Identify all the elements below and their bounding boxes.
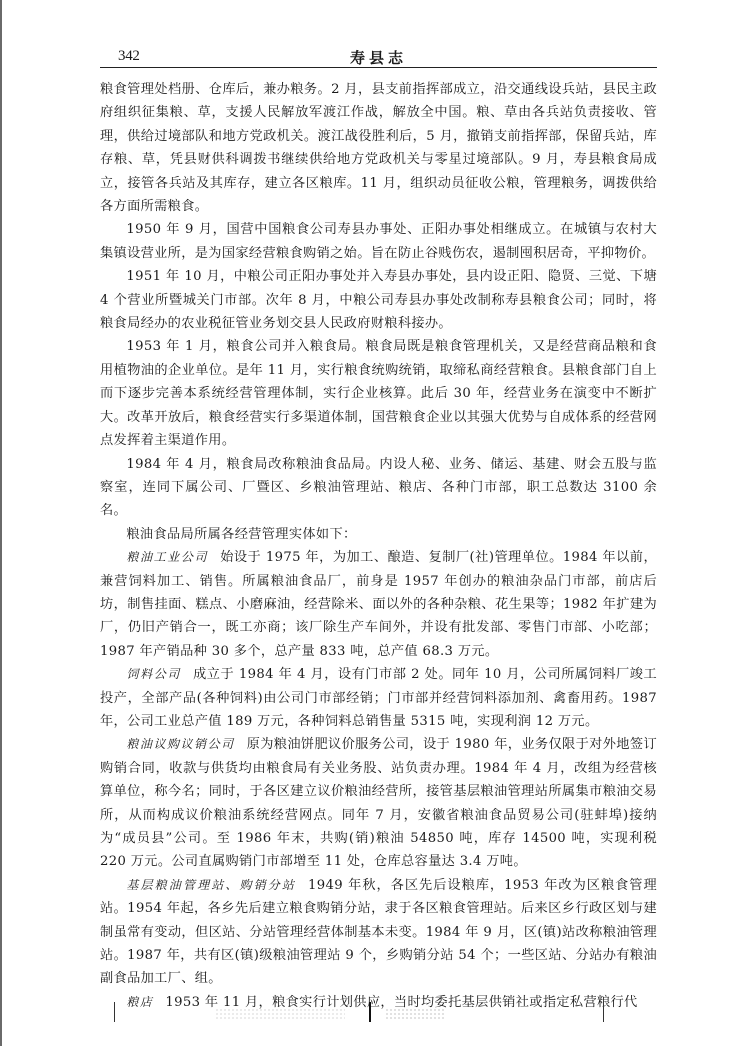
paragraph-text: 粮油食品局所属各经营管理实体如下： [126,527,356,542]
paragraph-text: 1949 年秋，各区先后设粮库，1953 年改为区粮食管理站。1954 年起，各… [100,878,657,987]
paragraph-text: 粮食管理处档册、仓库后，兼办粮务。2 月，县支前指挥部成立，沿交通线设兵站，县民… [100,82,657,214]
paragraph-text: 1953 年 1 月，粮食公司并入粮食局。粮食局既是粮食管理机关，又是经营商品粮… [100,339,657,448]
scan-speckle [215,1008,345,1020]
section-heading: 饲料公司 [126,667,181,681]
header-rule [100,67,657,68]
scan-edge [0,0,2,1046]
body-text: 粮食管理处档册、仓库后，兼办粮务。2 月，县支前指挥部成立，沿交通线设兵站，县民… [100,78,657,1014]
paragraph-feed-company: 饲料公司成立于 1984 年 4 月，设有门市部 2 处。同年 10 月，公司所… [100,663,657,733]
scan-mark [369,1002,371,1022]
paragraph-text: 1951 年 10 月，中粮公司正阳办事处并入寿县办事处，县内设正阳、隐贤、三觉… [100,269,657,331]
section-heading: 粮油议购议销公司 [126,737,234,751]
scan-mark [114,1002,115,1022]
paragraph: 1950 年 9 月，国营中国粮食公司寿县办事处、正阳办事处相继成立。在城镇与农… [100,218,657,265]
section-heading: 基层粮油管理站、购销分站 [126,878,296,892]
paragraph: 1953 年 1 月，粮食公司并入粮食局。粮食局既是粮食管理机关，又是经营商品粮… [100,335,657,452]
book-title: 寿县志 [100,47,657,68]
paragraph-text: 1984 年 4 月，粮食局改称粮油食品局。内设人秘、业务、储运、基建、财会五股… [100,457,657,519]
paragraph-text: 原为粮油饼肥议价服务公司，设于 1980 年，业务仅限于对外地签订购销合同，收款… [100,737,657,869]
paragraph: 1951 年 10 月，中粮公司正阳办事处并入寿县办事处，县内设正阳、隐贤、三觉… [100,265,657,335]
paragraph-grain-oil-industry: 粮油工业公司始设于 1975 年，为加工、酿造、复制厂(社)管理单位。1984 … [100,546,657,663]
scan-speckle [385,1008,445,1020]
scan-footer-artifacts [0,1002,747,1024]
paragraph-text: 始设于 1975 年，为加工、酿造、复制厂(社)管理单位。1984 年以前，兼营… [100,550,657,659]
paragraph-grassroots-stations: 基层粮油管理站、购销分站1949 年秋，各区先后设粮库，1953 年改为区粮食管… [100,874,657,991]
paragraph: 1984 年 4 月，粮食局改称粮油食品局。内设人秘、业务、储运、基建、财会五股… [100,453,657,523]
paragraph: 粮食管理处档册、仓库后，兼办粮务。2 月，县支前指挥部成立，沿交通线设兵站，县民… [100,78,657,218]
paragraph-text: 成立于 1984 年 4 月，设有门市部 2 处。同年 10 月，公司所属饲料厂… [100,667,657,729]
running-header: 342 寿县志 [100,47,657,69]
paragraph-text: 1950 年 9 月，国营中国粮食公司寿县办事处、正阳办事处相继成立。在城镇与农… [100,222,657,260]
scan-mark [603,1002,604,1022]
section-heading: 粮油工业公司 [126,550,208,564]
paragraph: 粮油食品局所属各经营管理实体如下： [100,523,657,546]
paragraph-negotiated-trade: 粮油议购议销公司原为粮油饼肥议价服务公司，设于 1980 年，业务仅限于对外地签… [100,733,657,873]
